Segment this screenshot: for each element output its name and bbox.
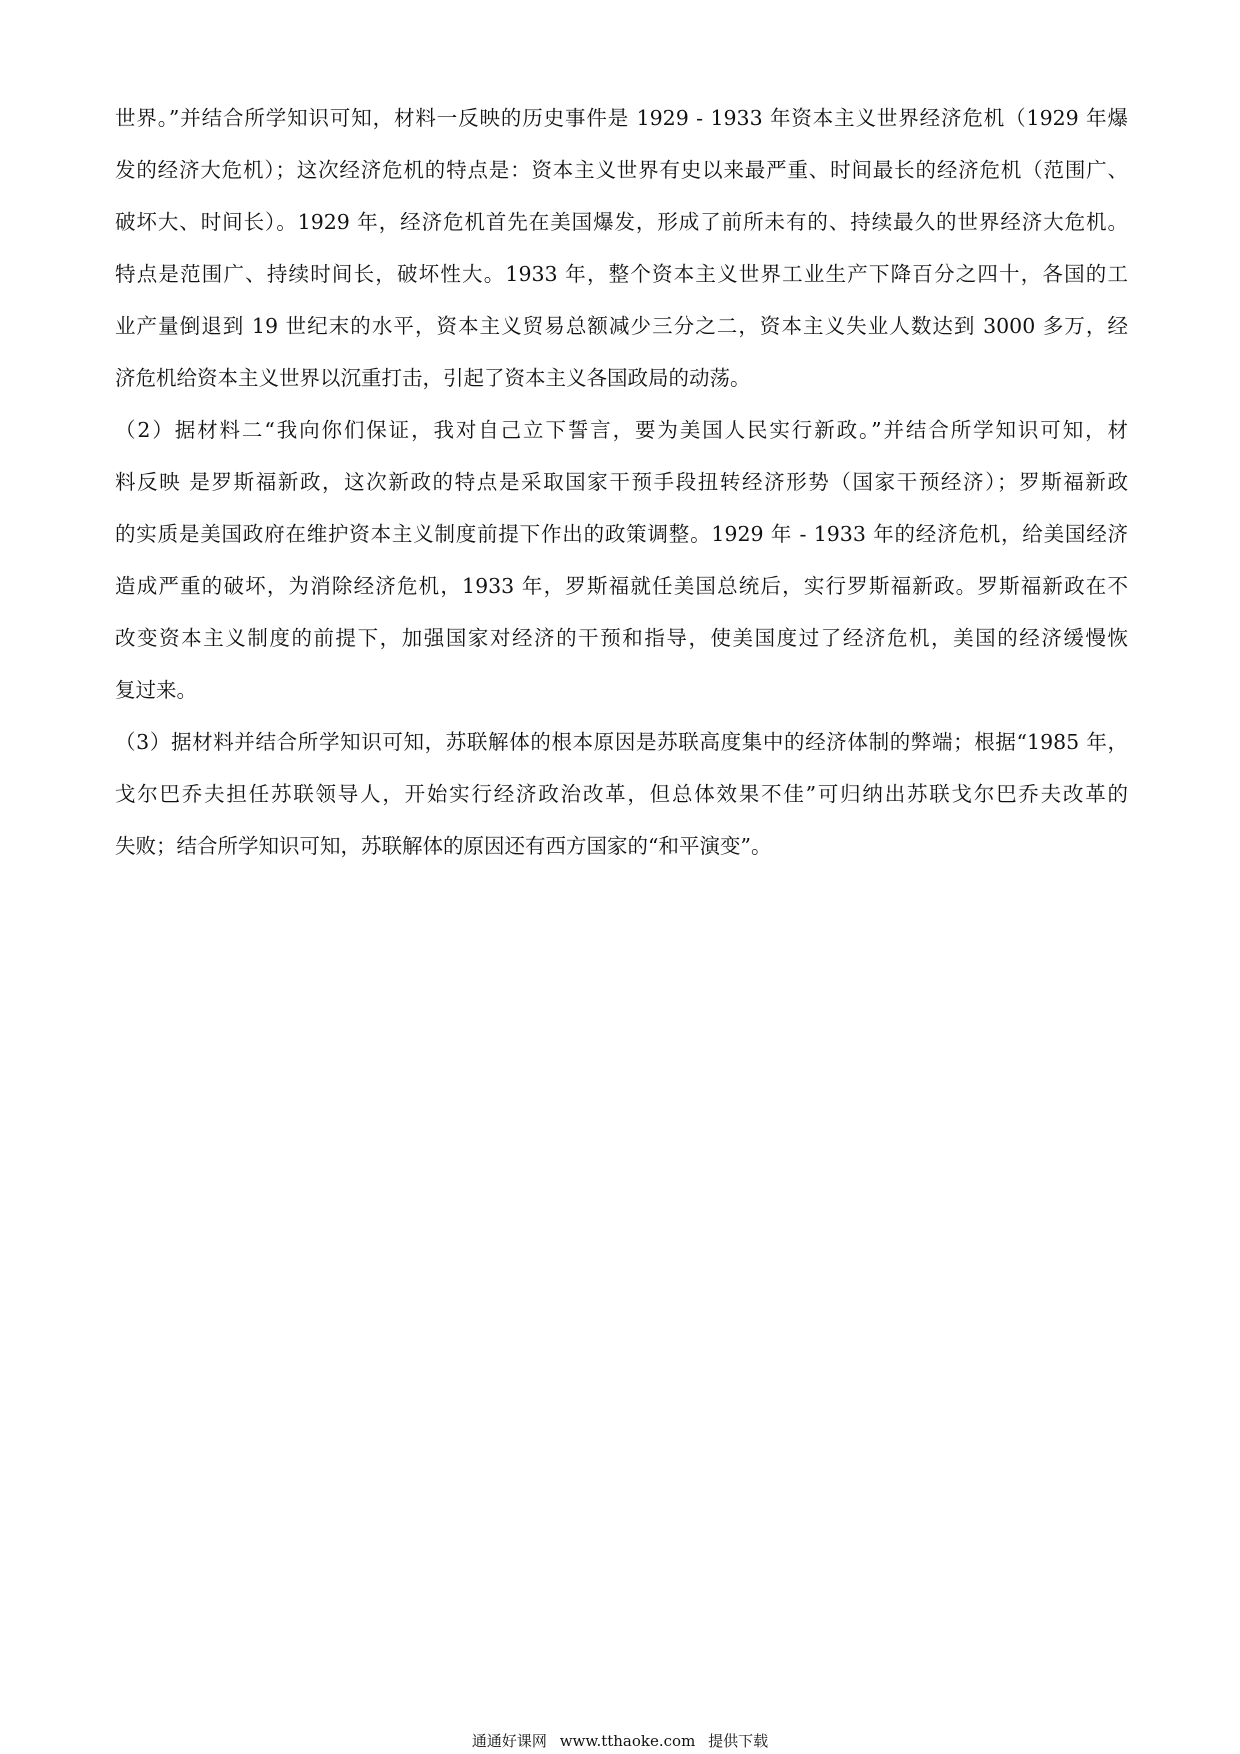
answer-paragraph-2: （2）据材料二“我向你们保证，我对自己立下誓言，要为美国人民实行新政。”并结合所… bbox=[115, 404, 1128, 716]
text-line: 失败；结合所学知识可知，苏联解体的原因还有西方国家的“和平演变”。 bbox=[115, 820, 1128, 872]
footer-suffix: 提供下载 bbox=[708, 1732, 768, 1750]
text-line: 复过来。 bbox=[115, 664, 1128, 716]
text-line: （3）据材料并结合所学知识可知，苏联解体的根本原因是苏联高度集中的经济体制的弊端… bbox=[115, 716, 1128, 768]
page-footer: 通通好课网 www.tthaoke.com 提供下载 bbox=[0, 1730, 1240, 1752]
answer-paragraph-3: （3）据材料并结合所学知识可知，苏联解体的根本原因是苏联高度集中的经济体制的弊端… bbox=[115, 716, 1128, 872]
footer-url[interactable]: www.tthaoke.com bbox=[560, 1732, 696, 1750]
text-line: 特点是范围广、持续时间长，破坏性大。1933 年，整个资本主义世界工业生产下降百… bbox=[115, 248, 1128, 300]
text-line: 改变资本主义制度的前提下，加强国家对经济的干预和指导，使美国度过了经济危机，美国… bbox=[115, 612, 1128, 664]
text-line: 料反映 是罗斯福新政，这次新政的特点是采取国家干预手段扭转经济形势（国家干预经济… bbox=[115, 456, 1128, 508]
text-line: 济危机给资本主义世界以沉重打击，引起了资本主义各国政局的动荡。 bbox=[115, 352, 1128, 404]
text-line: 业产量倒退到 19 世纪末的水平，资本主义贸易总额减少三分之二，资本主义失业人数… bbox=[115, 300, 1128, 352]
text-line: 破坏大、时间长）。1929 年，经济危机首先在美国爆发，形成了前所未有的、持续最… bbox=[115, 196, 1128, 248]
text-line: 的实质是美国政府在维护资本主义制度前提下作出的政策调整。1929 年 - 193… bbox=[115, 508, 1128, 560]
footer-site-name: 通通好课网 bbox=[472, 1732, 547, 1750]
answer-paragraph-1: 世界。”并结合所学知识可知，材料一反映的历史事件是 1929 - 1933 年资… bbox=[115, 92, 1128, 404]
document-body: 世界。”并结合所学知识可知，材料一反映的历史事件是 1929 - 1933 年资… bbox=[115, 92, 1128, 872]
text-line: 世界。”并结合所学知识可知，材料一反映的历史事件是 1929 - 1933 年资… bbox=[115, 92, 1128, 144]
text-line: （2）据材料二“我向你们保证，我对自己立下誓言，要为美国人民实行新政。”并结合所… bbox=[115, 404, 1128, 456]
text-line: 发的经济大危机）；这次经济危机的特点是：资本主义世界有史以来最严重、时间最长的经… bbox=[115, 144, 1128, 196]
text-line: 戈尔巴乔夫担任苏联领导人，开始实行经济政治改革，但总体效果不佳”可归纳出苏联戈尔… bbox=[115, 768, 1128, 820]
text-line: 造成严重的破坏，为消除经济危机，1933 年，罗斯福就任美国总统后，实行罗斯福新… bbox=[115, 560, 1128, 612]
